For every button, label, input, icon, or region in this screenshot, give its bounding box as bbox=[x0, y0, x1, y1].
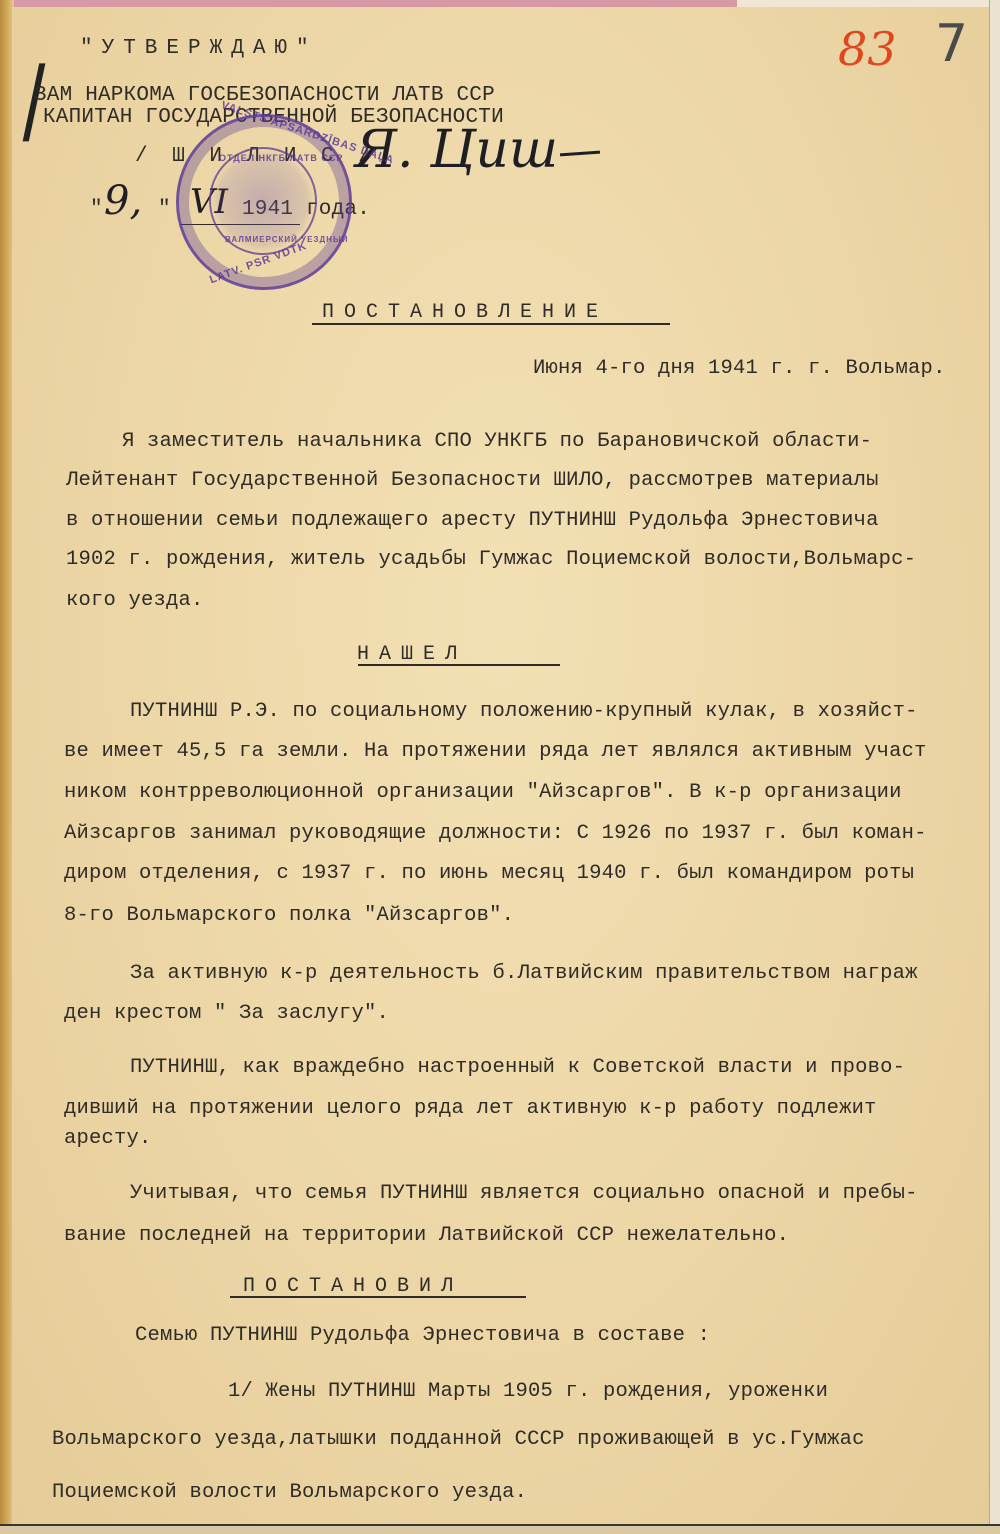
award-line: ден крестом " За заслугу". bbox=[64, 1002, 389, 1025]
date-and-place: Июня 4-го дня 1941 г. г. Вольмар. bbox=[533, 357, 946, 380]
considering-line: Учитывая, что семья ПУТНИНШ является соц… bbox=[130, 1182, 918, 1205]
found-line: ником контрреволюционной организации "Ай… bbox=[64, 781, 902, 804]
intro-line: в отношении семьи подлежащего аресту ПУТ… bbox=[66, 509, 879, 532]
approval-position: ЗАМ НАРКОМА ГОСБЕЗОПАСНОСТИ ЛАТВ ССР bbox=[34, 84, 495, 107]
folio-number-red: 83 bbox=[838, 22, 897, 76]
approval-date-close-quote: " bbox=[158, 198, 171, 221]
page-bottom-edge bbox=[0, 1524, 1000, 1534]
found-line: Айзсаргов занимал руководящие должности:… bbox=[64, 822, 927, 845]
intro-line: Я заместитель начальника СПО УНКГБ по Ба… bbox=[122, 430, 872, 453]
arrest-line: ПУТНИНШ, как враждебно настроенный к Сов… bbox=[130, 1056, 905, 1079]
approval-date-day: 9, bbox=[104, 178, 142, 224]
found-line: ПУТНИНШ Р.Э. по социальному положению-кр… bbox=[130, 700, 918, 723]
found-heading: НАШЕЛ bbox=[357, 643, 467, 666]
document-title: ПОСТАНОВЛЕНИЕ bbox=[322, 301, 608, 324]
resolved-heading: ПОСТАНОВИЛ bbox=[243, 1275, 463, 1298]
folio-number-gray: 7 bbox=[935, 14, 968, 74]
title-underline bbox=[312, 323, 670, 325]
found-underline bbox=[358, 664, 560, 666]
official-stamp: VALSTS APSARDZĪBAS DAĻA LATV. PSR VDTK О… bbox=[176, 114, 352, 290]
arrest-line: дивший на протяжении целого ряда лет акт… bbox=[64, 1097, 877, 1120]
page-right-edge bbox=[989, 0, 1000, 1534]
approval-heading: "УТВЕРЖДАЮ" bbox=[80, 37, 318, 60]
folder-edge bbox=[0, 0, 737, 7]
considering-line: вание последней на территории Латвийской… bbox=[64, 1224, 789, 1247]
resolved-line: Поциемской волости Вольмарского уезда. bbox=[52, 1481, 527, 1504]
arrest-line: аресту. bbox=[64, 1127, 152, 1150]
found-line: ве имеет 45,5 га земли. На протяжении ря… bbox=[64, 740, 927, 763]
document-page bbox=[12, 7, 990, 1527]
intro-line: Лейтенант Государственной Безопасности Ш… bbox=[66, 469, 879, 492]
intro-line: кого уезда. bbox=[66, 589, 204, 612]
handwritten-signature: Я. Циш bbox=[355, 120, 558, 180]
resolved-underline bbox=[230, 1296, 526, 1298]
resolved-line: 1/ Жены ПУТНИНШ Марты 1905 г. рождения, … bbox=[228, 1380, 828, 1403]
stamp-text-inner: ОТДЕЛ НКГБ ЛАТВ ССР bbox=[219, 153, 343, 163]
award-line: За активную к-р деятельность б.Латвийски… bbox=[130, 962, 918, 985]
stamp-text-lower: ВАЛМИЕРСКИЙ УЕЗДНЫЙ bbox=[225, 235, 349, 244]
resolved-line: Вольмарского уезда,латышки подданной ССС… bbox=[52, 1428, 865, 1451]
found-line: 8-го Вольмарского полка "Айзсаргов". bbox=[64, 904, 514, 927]
resolved-line: Семью ПУТНИНШ Рудольфа Эрнестовича в сос… bbox=[135, 1324, 710, 1347]
found-line: диром отделения, с 1937 г. по июнь месяц… bbox=[64, 862, 914, 885]
intro-line: 1902 г. рождения, житель усадьбы Гумжас … bbox=[66, 548, 916, 571]
approval-date-open-quote: " bbox=[90, 198, 103, 221]
